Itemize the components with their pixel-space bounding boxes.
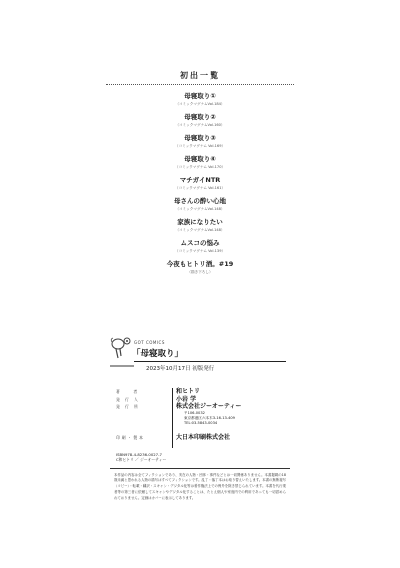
- brand-header: GOT COMICS 「母寝取り」 2023年10月17日 初版発行: [110, 334, 290, 374]
- publication-date: 2023年10月17日 初版発行: [146, 364, 214, 372]
- isbn-block: ISBN978-4-8236-0027-7 C和ヒトリ ／ ジーオーティー: [116, 452, 290, 462]
- first-appearance-list: 初出一覧 母寝取り①（コミックマグナムVol.184） 母寝取り②（コミックマグ…: [110, 70, 290, 280]
- series-label: GOT COMICS: [134, 340, 165, 345]
- toc-item-source: （コミックマグナムVol.184）: [110, 101, 290, 107]
- title-underline: [134, 361, 286, 362]
- toc-title: 初出一覧: [110, 70, 290, 81]
- toc-item-title: 家族になりたい: [110, 217, 290, 227]
- publisher-address: 〒106-0032 東京都港区六本木3-16-13-409 TEL:03-584…: [184, 411, 290, 427]
- mascot-shadow: [110, 365, 134, 367]
- book-title: 「母寝取り」: [132, 347, 183, 359]
- toc-item: 母寝取り③（コミックマグナム Vol.169）: [110, 133, 290, 149]
- toc-item-title: 母さんの酔い心地: [110, 196, 290, 206]
- toc-item-title: ムスコの悩み: [110, 238, 290, 248]
- credit-value: 和ヒトリ: [176, 388, 200, 396]
- colophon: GOT COMICS 「母寝取り」 2023年10月17日 初版発行 著 者 和…: [110, 334, 290, 502]
- toc-item: 母寝取り②（コミックマグナムVol.160）: [110, 112, 290, 128]
- credit-value: 大日本印刷株式会社: [176, 434, 230, 442]
- credit-row-printer: 印刷・製本 大日本印刷株式会社: [116, 434, 290, 442]
- credit-row-publisher-person: 発 行 人 小岩 学: [116, 396, 290, 404]
- legal-notice: 本作品の内容は全てフィクションであり、実在の人物・団体・事件などとは一切関係あり…: [110, 473, 290, 502]
- toc-item: ムスコの悩み（コミックマグナム Vol.139）: [110, 238, 290, 254]
- toc-item: 母寝取り①（コミックマグナムVol.184）: [110, 91, 290, 107]
- toc-item-source: （コミックマグナムVol.160）: [110, 122, 290, 128]
- credits-block: 著 者 和ヒトリ 発 行 人 小岩 学 発 行 所 株式会社ジーオーティー 〒1…: [116, 388, 290, 442]
- credit-row-publisher: 発 行 所 株式会社ジーオーティー: [116, 403, 290, 411]
- toc-item-source: （コミックマグナム Vol.161）: [110, 185, 290, 191]
- toc-divider: [106, 84, 294, 85]
- toc-item-title: 母寝取り①: [110, 91, 290, 101]
- toc-item: 今夜もヒトリ酒。#19（描き下ろし）: [110, 259, 290, 275]
- toc-item-title: 母寝取り②: [110, 112, 290, 122]
- copyright-line: C和ヒトリ ／ ジーオーティー: [116, 457, 290, 462]
- mascot-logo-icon: [110, 336, 134, 362]
- toc-item-title: マチガイNTR: [110, 175, 290, 185]
- toc-item-source: （コミックマグナムVol.148）: [110, 227, 290, 233]
- toc-item: 母寝取り④（コミックマグナム Vol.170）: [110, 154, 290, 170]
- credit-value: 株式会社ジーオーティー: [176, 403, 241, 411]
- toc-item-source: （描き下ろし）: [110, 269, 290, 275]
- credit-key: 著 者: [116, 388, 168, 395]
- toc-item-source: （コミックマグナム Vol.169）: [110, 143, 290, 149]
- toc-item-source: （コミックマグナム Vol.139）: [110, 248, 290, 254]
- credit-row-author: 著 者 和ヒトリ: [116, 388, 290, 396]
- credit-key: 発 行 所: [116, 403, 168, 410]
- toc-item-title: 母寝取り④: [110, 154, 290, 164]
- credit-key: 印刷・製本: [116, 434, 168, 441]
- toc-item-source: （コミックマグナム Vol.170）: [110, 164, 290, 170]
- notice-divider: [110, 468, 290, 469]
- credits-divider: [172, 388, 173, 448]
- toc-item: 母さんの酔い心地（コミックマグナムVol.148）: [110, 196, 290, 212]
- toc-item: マチガイNTR（コミックマグナム Vol.161）: [110, 175, 290, 191]
- toc-item-source: （コミックマグナムVol.148）: [110, 206, 290, 212]
- credit-key: 発 行 人: [116, 396, 168, 403]
- toc-item: 家族になりたい（コミックマグナムVol.148）: [110, 217, 290, 233]
- toc-item-title: 母寝取り③: [110, 133, 290, 143]
- phone-number: TEL:03-5843-0034: [184, 421, 290, 426]
- toc-item-title: 今夜もヒトリ酒。#19: [110, 259, 290, 269]
- credit-value: 小岩 学: [176, 396, 196, 404]
